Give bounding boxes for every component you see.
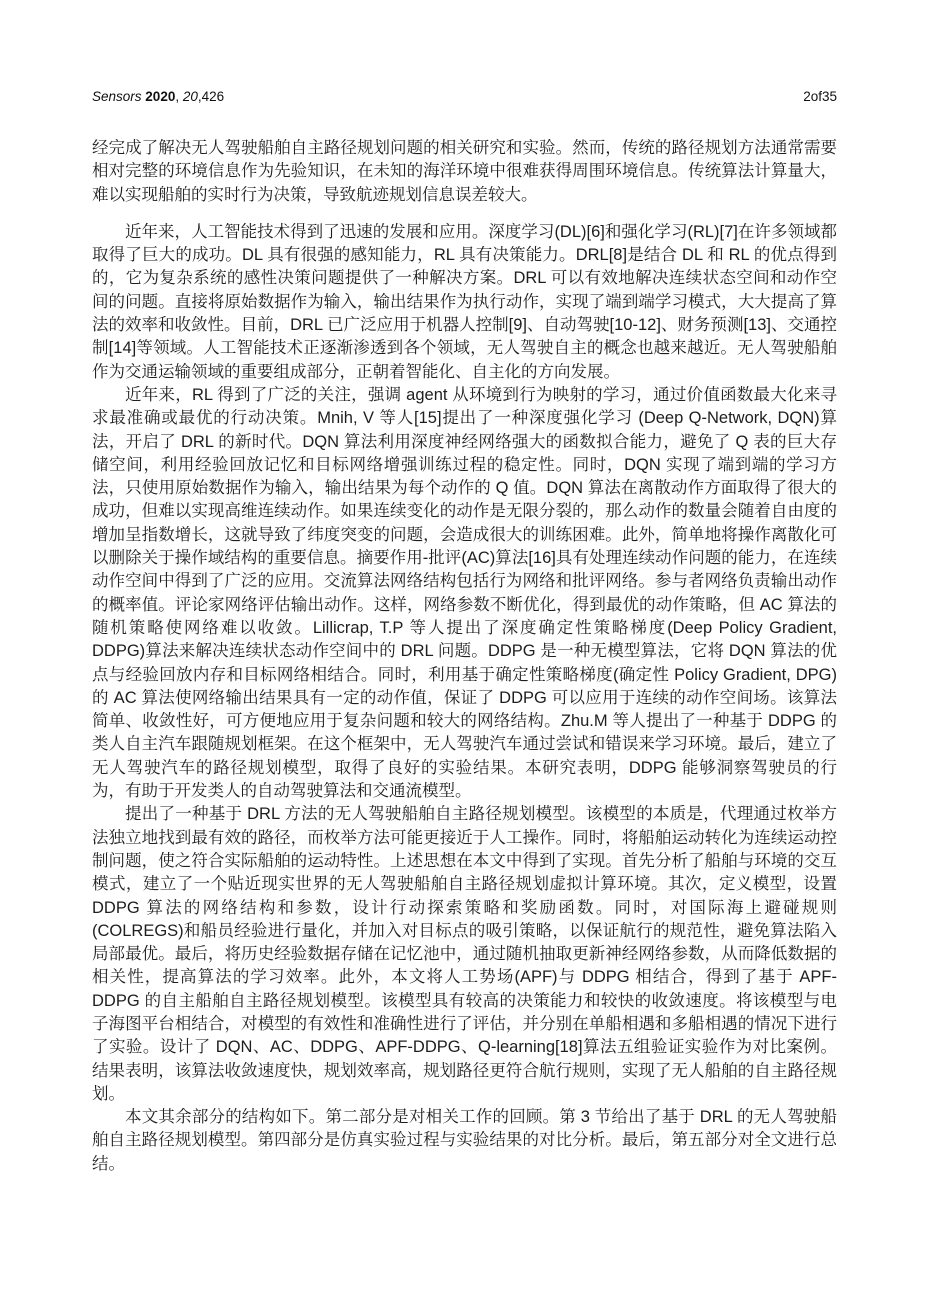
paragraph-intro-continuation: 经完成了解决无人驾驶船舶自主路径规划问题的相关研究和实验。然而，传统的路径规划方… [92, 137, 837, 207]
journal-volume: 20 [183, 89, 198, 104]
citation-separator: , [175, 89, 183, 104]
journal-year: 2020 [145, 89, 175, 104]
article-number: ,426 [198, 89, 224, 104]
journal-name: Sensors [92, 89, 142, 104]
page-content: Sensors 2020, 20,426 2of35 经完成了解决无人驾驶船舶自… [92, 89, 837, 1176]
paragraph-rl-review: 近年来，RL 得到了广泛的关注，强调 agent 从环境到行为映射的学习，通过价… [92, 384, 837, 803]
document-page: Sensors 2020, 20,426 2of35 经完成了解决无人驾驶船舶自… [0, 0, 925, 1309]
page-header: Sensors 2020, 20,426 2of35 [92, 89, 837, 104]
paragraph-ai-development: 近年来，人工智能技术得到了迅速的发展和应用。深度学习(DL)[6]和强化学习(R… [92, 221, 837, 384]
page-number: 2of35 [803, 89, 837, 104]
paragraph-proposed-model: 提出了一种基于 DRL 方法的无人驾驶船舶自主路径规划模型。该模型的本质是，代理… [92, 803, 837, 1106]
article-body: 经完成了解决无人驾驶船舶自主路径规划问题的相关研究和实验。然而，传统的路径规划方… [92, 137, 837, 1176]
paragraph-structure-overview: 本文其余部分的结构如下。第二部分是对相关工作的回顾。第 3 节给出了基于 DRL… [92, 1106, 837, 1176]
journal-citation: Sensors 2020, 20,426 [92, 89, 224, 104]
